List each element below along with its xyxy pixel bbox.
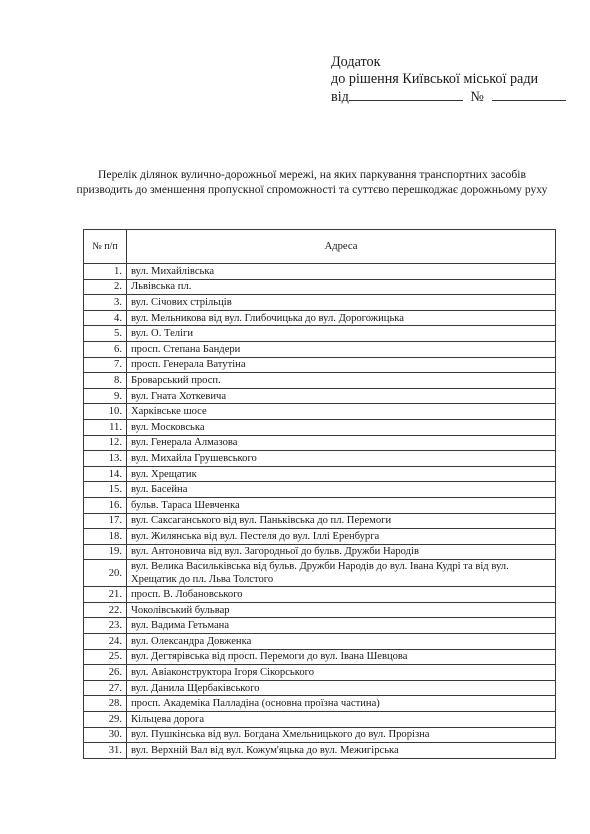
row-number: 9. <box>84 388 127 404</box>
number-blank <box>492 88 566 101</box>
table-row: 17.вул. Саксаганського від вул. Паньківс… <box>84 513 556 529</box>
table-row: 10.Харківське шосе <box>84 404 556 420</box>
row-address: бульв. Тараса Шевченка <box>127 497 556 513</box>
row-number: 24. <box>84 634 127 650</box>
row-address: вул. Дегтярівська від просп. Перемоги до… <box>127 649 556 665</box>
annex-date-number-line: від № <box>331 88 566 106</box>
row-number: 3. <box>84 295 127 311</box>
row-number: 13. <box>84 451 127 467</box>
table-row: 7.просп. Генерала Ватутіна <box>84 357 556 373</box>
row-number: 8. <box>84 373 127 389</box>
table-row: 24.вул. Олександра Довженка <box>84 634 556 650</box>
row-number: 14. <box>84 466 127 482</box>
row-address: вул. Жилянська від вул. Пестеля до вул. … <box>127 529 556 545</box>
table-row: 14.вул. Хрещатик <box>84 466 556 482</box>
row-number: 26. <box>84 665 127 681</box>
header-address: Адреса <box>127 230 556 264</box>
row-number: 7. <box>84 357 127 373</box>
annex-decision-ref: до рішення Київської міської ради <box>331 71 566 88</box>
row-number: 12. <box>84 435 127 451</box>
row-number: 29. <box>84 712 127 728</box>
table-row: 26.вул. Авіаконструктора Ігоря Сікорсько… <box>84 665 556 681</box>
row-number: 15. <box>84 482 127 498</box>
table-row: 9.вул. Гната Хоткевича <box>84 388 556 404</box>
table-row: 30.вул. Пушкінська від вул. Богдана Хмел… <box>84 727 556 743</box>
row-address: Броварський просп. <box>127 373 556 389</box>
table-row: 19.вул. Антоновича від вул. Загородньої … <box>84 544 556 560</box>
table-row: 5.вул. О. Теліги <box>84 326 556 342</box>
row-address: просп. Генерала Ватутіна <box>127 357 556 373</box>
row-number: 21. <box>84 587 127 603</box>
row-number: 23. <box>84 618 127 634</box>
table-row: 15.вул. Басейна <box>84 482 556 498</box>
table-row: 3.вул. Січових стрільців <box>84 295 556 311</box>
row-number: 27. <box>84 680 127 696</box>
row-number: 28. <box>84 696 127 712</box>
row-number: 2. <box>84 279 127 295</box>
row-number: 30. <box>84 727 127 743</box>
row-address: просп. Степана Бандери <box>127 341 556 357</box>
annex-header: Додаток до рішення Київської міської рад… <box>331 54 566 106</box>
table-row: 22.Чоколівський бульвар <box>84 602 556 618</box>
row-address: вул. Басейна <box>127 482 556 498</box>
header-number: № п/п <box>84 230 127 264</box>
row-address: вул. Хрещатик <box>127 466 556 482</box>
table-row: 20.вул. Велика Васильківська від бульв. … <box>84 560 556 587</box>
row-number: 4. <box>84 310 127 326</box>
row-address: Харківське шосе <box>127 404 556 420</box>
row-address: вул. Верхній Вал від вул. Кожум'яцька до… <box>127 743 556 759</box>
table-row: 12.вул. Генерала Алмазова <box>84 435 556 451</box>
date-prefix: від <box>331 89 349 105</box>
row-address: вул. Мельникова від вул. Глибочицька до … <box>127 310 556 326</box>
row-number: 19. <box>84 544 127 560</box>
date-blank <box>349 88 463 101</box>
row-number: 31. <box>84 743 127 759</box>
table-row: 1.вул. Михайлівська <box>84 264 556 280</box>
row-address: вул. Саксаганського від вул. Паньківська… <box>127 513 556 529</box>
row-address: вул. Михайлівська <box>127 264 556 280</box>
row-address: вул. Олександра Довженка <box>127 634 556 650</box>
table-row: 23.вул. Вадима Гетьмана <box>84 618 556 634</box>
row-address: вул. Антоновича від вул. Загородньої до … <box>127 544 556 560</box>
row-address: просп. Академіка Палладіна (основна прої… <box>127 696 556 712</box>
number-sign: № <box>470 89 484 105</box>
table-row: 2.Львівська пл. <box>84 279 556 295</box>
table-row: 31.вул. Верхній Вал від вул. Кожум'яцька… <box>84 743 556 759</box>
table-row: 18.вул. Жилянська від вул. Пестеля до ву… <box>84 529 556 545</box>
table-row: 13.вул. Михайла Грушевського <box>84 451 556 467</box>
row-address: Кільцева дорога <box>127 712 556 728</box>
document-title: Перелік ділянок вулично-дорожньої мережі… <box>70 168 554 197</box>
row-address: вул. Гната Хоткевича <box>127 388 556 404</box>
row-number: 18. <box>84 529 127 545</box>
table-header-row: № п/п Адреса <box>84 230 556 264</box>
row-address: вул. Січових стрільців <box>127 295 556 311</box>
row-address: вул. Данила Щербаківського <box>127 680 556 696</box>
row-address: вул. Пушкінська від вул. Богдана Хмельни… <box>127 727 556 743</box>
row-number: 16. <box>84 497 127 513</box>
row-address: просп. В. Лобановського <box>127 587 556 603</box>
table-row: 16.бульв. Тараса Шевченка <box>84 497 556 513</box>
annex-label: Додаток <box>331 54 566 71</box>
row-number: 11. <box>84 419 127 435</box>
row-number: 5. <box>84 326 127 342</box>
table-row: 21.просп. В. Лобановського <box>84 587 556 603</box>
row-number: 6. <box>84 341 127 357</box>
row-address: вул. Вадима Гетьмана <box>127 618 556 634</box>
row-address: вул. Михайла Грушевського <box>127 451 556 467</box>
row-number: 17. <box>84 513 127 529</box>
street-list-table: № п/п Адреса 1.вул. Михайлівська2.Львівс… <box>83 229 556 759</box>
table-row: 4.вул. Мельникова від вул. Глибочицька д… <box>84 310 556 326</box>
row-address: вул. О. Теліги <box>127 326 556 342</box>
row-number: 20. <box>84 560 127 587</box>
row-address: Чоколівський бульвар <box>127 602 556 618</box>
table-row: 28.просп. Академіка Палладіна (основна п… <box>84 696 556 712</box>
table-row: 29.Кільцева дорога <box>84 712 556 728</box>
table-row: 11.вул. Московська <box>84 419 556 435</box>
row-number: 22. <box>84 602 127 618</box>
row-address: вул. Авіаконструктора Ігоря Сікорського <box>127 665 556 681</box>
table-row: 6.просп. Степана Бандери <box>84 341 556 357</box>
table-row: 27.вул. Данила Щербаківського <box>84 680 556 696</box>
row-number: 10. <box>84 404 127 420</box>
row-number: 1. <box>84 264 127 280</box>
row-address: Львівська пл. <box>127 279 556 295</box>
table-row: 8.Броварський просп. <box>84 373 556 389</box>
row-number: 25. <box>84 649 127 665</box>
row-address: вул. Генерала Алмазова <box>127 435 556 451</box>
table-row: 25.вул. Дегтярівська від просп. Перемоги… <box>84 649 556 665</box>
row-address: вул. Велика Васильківська від бульв. Дру… <box>127 560 556 587</box>
row-address: вул. Московська <box>127 419 556 435</box>
